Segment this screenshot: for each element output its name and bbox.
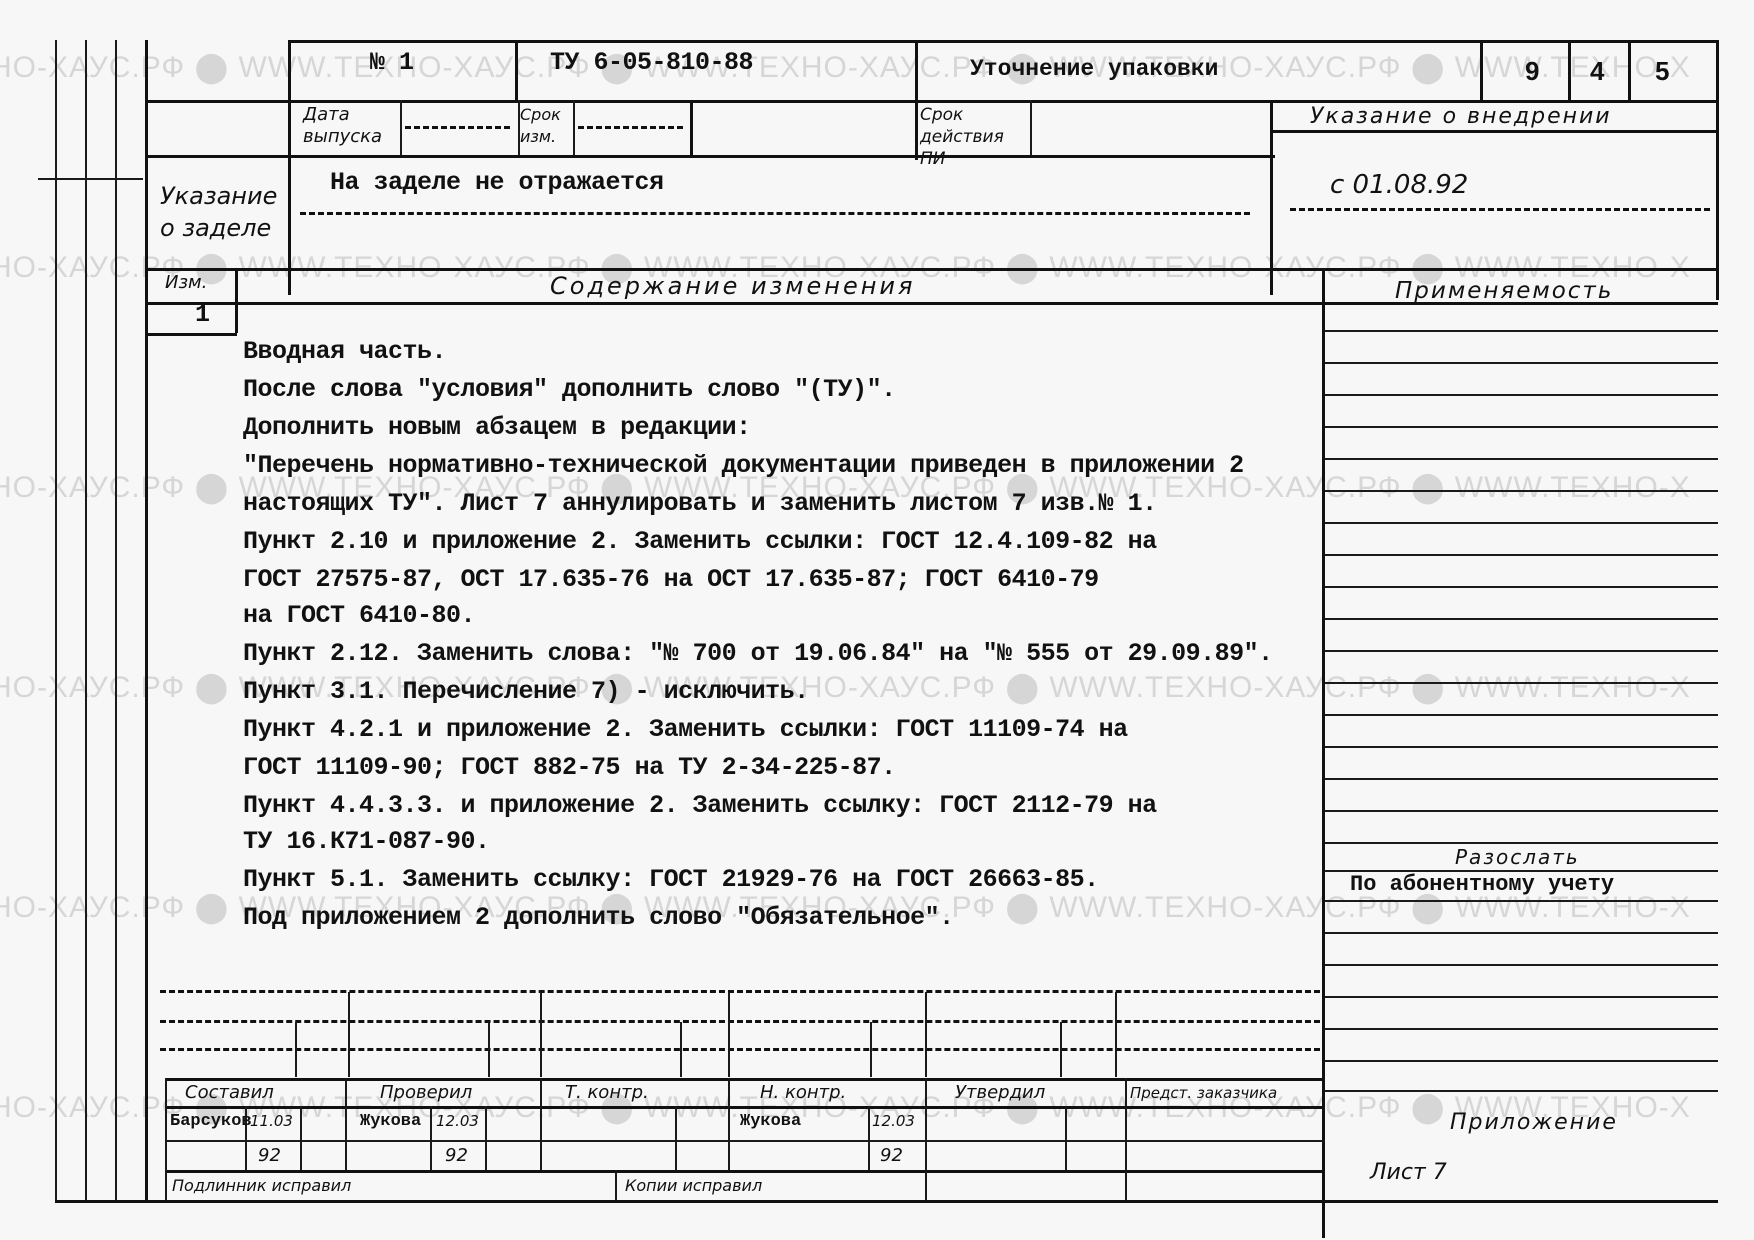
content-line: ГОСТ 11109-90; ГОСТ 882-75 на ТУ 2-34-22… xyxy=(243,753,896,782)
change-index: 1 xyxy=(195,300,210,329)
content-line: настоящих ТУ". Лист 7 аннулировать и зам… xyxy=(243,489,1157,518)
frame-right-border xyxy=(1716,40,1719,300)
divider xyxy=(1065,1106,1067,1170)
row-divider xyxy=(165,1106,1325,1109)
change-col-header: Изм. xyxy=(165,272,207,293)
content-line: ТУ 16.К71-087-90. xyxy=(243,827,490,856)
content-line: Пункт 2.12. Заменить слова: "№ 700 от 19… xyxy=(243,639,1273,668)
grid-tick xyxy=(1060,1022,1062,1077)
appendix-label: Приложение xyxy=(1450,1110,1618,1135)
implementation-label: Указание о внедрении xyxy=(1310,104,1612,129)
checked-label: Проверил xyxy=(380,1082,472,1103)
grid-tick xyxy=(728,992,730,1077)
grid-tick xyxy=(488,1022,490,1077)
norm-control-year: 92 xyxy=(880,1145,903,1166)
grid-tick xyxy=(348,992,350,1077)
divider xyxy=(1568,40,1571,100)
content-col-header: Содержание изменения xyxy=(550,272,915,300)
content-line: Под приложением 2 дополнить слово "Обяза… xyxy=(243,903,954,932)
compiled-year: 92 xyxy=(258,1145,281,1166)
copies-label: Копии исправил xyxy=(625,1176,762,1195)
change-subject: Уточнение упаковки xyxy=(970,56,1218,82)
content-line: После слова "условия" дополнить слово "(… xyxy=(243,375,896,404)
content-line: Пункт 4.4.3.3. и приложение 2. Заменить … xyxy=(243,791,1157,820)
grid-line xyxy=(160,990,1320,993)
distribution-label: Разослать xyxy=(1455,845,1580,869)
divider xyxy=(1030,100,1032,155)
grid-tick xyxy=(925,992,927,1077)
ruled-line xyxy=(1325,490,1718,492)
margin-line xyxy=(55,40,57,1200)
approved-label: Утвердил xyxy=(955,1082,1045,1103)
ruled-line xyxy=(1325,618,1718,620)
divider xyxy=(1480,40,1483,100)
divider xyxy=(515,40,518,100)
ruled-line xyxy=(1325,964,1718,966)
implementation-date: с 01.08.92 xyxy=(1330,170,1468,200)
frame-bottom-border xyxy=(55,1200,1718,1203)
margin-line xyxy=(115,40,117,1200)
ruled-line xyxy=(1325,900,1718,902)
divider xyxy=(165,1078,167,1200)
divider xyxy=(288,40,291,295)
margin-line xyxy=(85,40,87,1200)
row-divider xyxy=(165,1170,1325,1173)
ruled-line xyxy=(1325,586,1718,588)
blank-line xyxy=(1290,208,1710,211)
backlog-label: Указание о заделе xyxy=(160,180,290,244)
content-line: Дополнить новым абзацем в редакции: xyxy=(243,413,751,442)
grid-tick xyxy=(540,992,542,1077)
backlog-value: На заделе не отражается xyxy=(330,168,664,197)
divider xyxy=(868,1106,870,1170)
change-term-label: Срок изм. xyxy=(520,104,570,148)
blank-line xyxy=(578,126,683,129)
norm-control-name: Жукова xyxy=(740,1112,801,1131)
ruled-line xyxy=(1325,1028,1718,1030)
code-cell-2: 4 xyxy=(1590,56,1604,87)
ruled-line xyxy=(1325,996,1718,998)
ruled-line xyxy=(1325,458,1718,460)
content-line: на ГОСТ 6410-80. xyxy=(243,601,475,630)
blank-line xyxy=(405,126,510,129)
grid-tick xyxy=(870,1022,872,1077)
norm-control-date: 12.03 xyxy=(872,1112,915,1130)
validity-label: Срок действия ПИ xyxy=(920,104,1030,170)
ruled-line xyxy=(1325,1060,1718,1062)
grid-tick xyxy=(680,1022,682,1077)
customer-rep-label: Предст. заказчика xyxy=(1130,1084,1277,1102)
ruled-line xyxy=(1325,842,1718,844)
row-divider xyxy=(145,100,1718,103)
ruled-line xyxy=(1325,522,1718,524)
row-divider xyxy=(165,1140,1325,1142)
compiled-name: Барсуков xyxy=(170,1112,252,1131)
distribution-value: По абонентному учету xyxy=(1350,872,1614,897)
divider xyxy=(573,100,575,155)
code-cell-1: 9 xyxy=(1525,56,1539,87)
ruled-line xyxy=(1325,682,1718,684)
watermark: НО-ХАУС.РФ ⬤ WWW.ТЕХНО-ХАУС.РФ ⬤ WWW.ТЕХ… xyxy=(0,50,1691,85)
divider xyxy=(485,1106,487,1170)
divider xyxy=(345,1078,347,1170)
ruled-line xyxy=(1325,810,1718,812)
content-line: Пункт 3.1. Перечисление 7) - исключить. xyxy=(243,677,809,706)
grid-line xyxy=(160,1048,1320,1051)
ruled-line xyxy=(1325,746,1718,748)
compiled-date: 11.03 xyxy=(250,1112,293,1130)
release-date-label: Дата выпуска xyxy=(303,104,398,148)
compiled-label: Составил xyxy=(185,1082,274,1103)
norm-control-label: Н. контр. xyxy=(760,1082,846,1103)
ruled-line xyxy=(1325,394,1718,396)
row-divider xyxy=(145,155,1275,158)
document-designation: ТУ 6-05-810-88 xyxy=(550,48,753,77)
divider xyxy=(235,268,238,333)
divider xyxy=(400,100,402,155)
tech-control-label: Т. контр. xyxy=(565,1082,649,1103)
divider xyxy=(1322,268,1325,1238)
frame-top-border xyxy=(288,40,1718,43)
frame-left-border xyxy=(145,40,148,1200)
divider xyxy=(690,100,693,155)
divider xyxy=(1125,1078,1127,1200)
ruled-line xyxy=(1325,426,1718,428)
ruled-line xyxy=(1325,554,1718,556)
ruled-line xyxy=(1325,650,1718,652)
row-divider xyxy=(145,333,237,336)
content-line: Пункт 2.10 и приложение 2. Заменить ссыл… xyxy=(243,527,1157,556)
content-line: Пункт 5.1. Заменить ссылку: ГОСТ 21929-7… xyxy=(243,865,1099,894)
row-divider xyxy=(145,302,1718,305)
row-divider xyxy=(145,268,1718,271)
grid-tick xyxy=(1115,992,1117,1077)
checked-year: 92 xyxy=(445,1145,468,1166)
ruled-line xyxy=(1325,362,1718,364)
grid-tick xyxy=(295,1022,297,1077)
row-divider xyxy=(1270,130,1718,133)
divider xyxy=(1628,40,1631,100)
ruled-line xyxy=(1325,330,1718,332)
divider xyxy=(300,1106,302,1170)
row-divider xyxy=(165,1078,1325,1081)
content-line: Пункт 4.2.1 и приложение 2. Заменить ссы… xyxy=(243,715,1128,744)
ruled-line xyxy=(1325,714,1718,716)
ruled-line xyxy=(1325,778,1718,780)
divider xyxy=(675,1106,677,1170)
margin-tick xyxy=(38,178,143,180)
divider xyxy=(728,1078,730,1170)
checked-date: 12.03 xyxy=(436,1112,479,1130)
applicability-col-header: Применяемость xyxy=(1395,278,1613,304)
divider xyxy=(925,1078,927,1200)
divider xyxy=(430,1106,432,1170)
grid-line xyxy=(160,1020,1320,1023)
change-number: № 1 xyxy=(370,48,414,77)
divider xyxy=(540,1078,542,1170)
ruled-line xyxy=(1325,1090,1718,1092)
code-cell-3: 5 xyxy=(1655,56,1669,87)
blank-line xyxy=(300,212,1250,215)
content-line: "Перечень нормативно-технической докумен… xyxy=(243,451,1244,480)
checked-name: Жукова xyxy=(360,1112,421,1131)
sheet-label: Лист 7 xyxy=(1370,1160,1447,1185)
content-line: Вводная часть. xyxy=(243,337,446,366)
original-holder-label: Подлинник исправил xyxy=(172,1176,351,1195)
divider xyxy=(615,1170,617,1200)
content-line: ГОСТ 27575-87, ОСТ 17.635-76 на ОСТ 17.6… xyxy=(243,565,1099,594)
ruled-line xyxy=(1325,932,1718,934)
